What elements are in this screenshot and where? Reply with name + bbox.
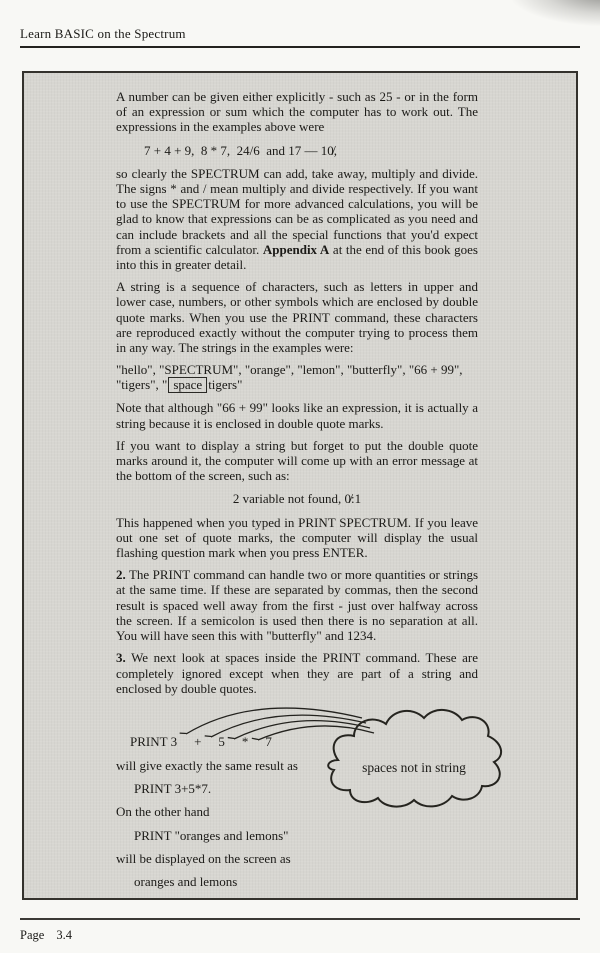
code-line-print-oranges: PRINT "oranges and lemons" [134, 828, 478, 843]
print-token-2: + [194, 734, 201, 749]
print-token-5: 7 [265, 734, 272, 749]
paragraph-point-2: 2. The PRINT command can handle two or m… [116, 567, 478, 643]
code-line-print-357: PRINT 3+5*7. [134, 781, 478, 796]
error-message-line: 2 variable not found, 0̸:1 [116, 491, 478, 506]
scan-smudge [510, 0, 600, 26]
paragraph-this-happened: This happened when you typed in PRINT SP… [116, 515, 478, 561]
running-header-title: Learn BASIC on the Spectrum [20, 26, 186, 42]
tail-line-but: but [116, 897, 478, 900]
print-statement-spaced: PRINT 3+5*7 [130, 734, 272, 749]
paragraph-point-3: 3. We next look at spaces inside the PRI… [116, 650, 478, 696]
point-3-text: We next look at spaces inside the PRINT … [116, 650, 478, 695]
paragraph-number-intro: A number can be given either explicitly … [116, 89, 478, 135]
paragraph-arithmetic: so clearly the SPECTRUM can add, take aw… [116, 166, 478, 272]
print-token-3: 5 [218, 734, 225, 749]
tail-line-same-result: will give exactly the same result as [116, 758, 478, 773]
print-token-4: * [242, 734, 249, 749]
print-token-1: PRINT 3 [130, 734, 177, 749]
tail-line-displayed-as: will be displayed on the screen as [116, 851, 478, 866]
page-footer-number: 3.4 [56, 928, 72, 942]
paragraph-note-expression: Note that although "66 + 99" looks like … [116, 400, 478, 430]
space-word-box: space [168, 377, 207, 393]
tail-line-other-hand: On the other hand [116, 804, 478, 819]
point-3-number: 3. [116, 650, 126, 665]
page-footer: Page3.4 [20, 928, 72, 943]
header-rule [20, 46, 580, 48]
paragraph-forgot-quotes: If you want to display a string but forg… [116, 438, 478, 484]
page-content-frame: A number can be given either explicitly … [22, 71, 578, 900]
book-page: { "header": { "title": "Learn BASIC on t… [0, 0, 600, 953]
output-line-oranges: oranges and lemons [134, 874, 478, 889]
strings-example-post: tigers" [208, 377, 242, 392]
point-2-text: The PRINT command can handle two or more… [116, 567, 478, 643]
paragraph-string-definition: A string is a sequence of characters, su… [116, 279, 478, 355]
page-footer-label: Page [20, 928, 44, 942]
expressions-example-line: 7 + 4 + 9, 8 * 7, 24/6 and 17 — 10̸, [144, 143, 478, 158]
strings-example-line: "hello", "SPECTRUM", "orange", "lemon", … [116, 362, 478, 393]
appendix-a-reference: Appendix A [263, 242, 329, 257]
point-2-number: 2. [116, 567, 126, 582]
footer-rule [20, 918, 580, 920]
print-spaces-diagram: spaces not in string PRINT 3+5*7 [116, 708, 478, 750]
